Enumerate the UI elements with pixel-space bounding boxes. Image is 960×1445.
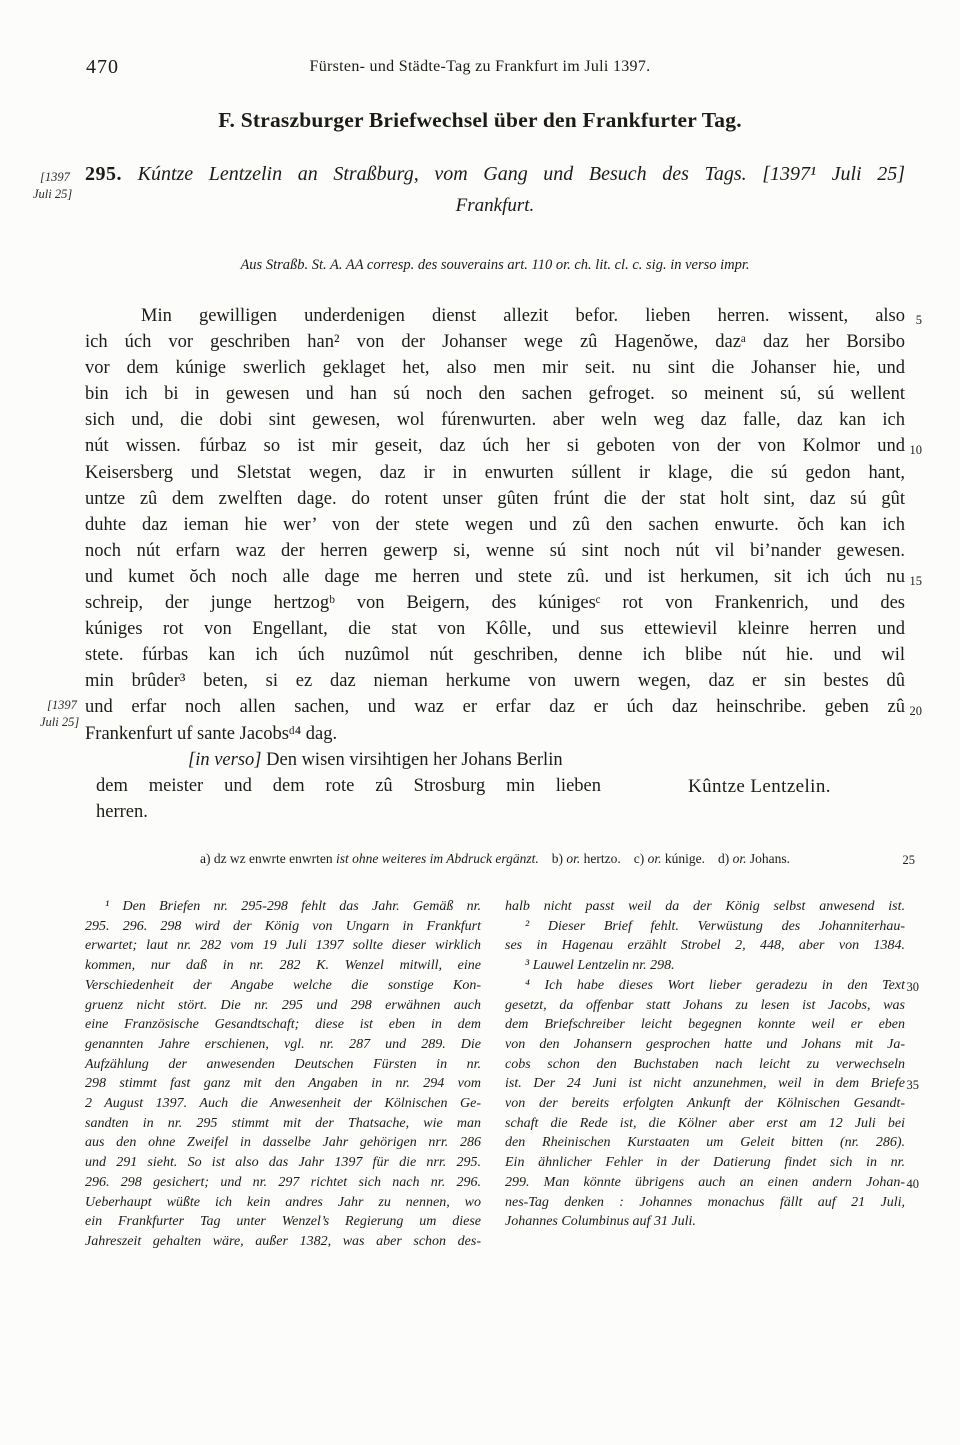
- footnote-line: schaft die Rede ist, die Kölner aber ers…: [505, 1114, 905, 1134]
- footnote-line: gesetzt, da offenbar statt Johans zu les…: [505, 996, 905, 1016]
- footnotes-section: ¹ Den Briefen nr. 295-298 fehlt das Jahr…: [85, 897, 905, 1252]
- footnote-line-text: ein Frankfurter Tag unter Wenzel’s Regie…: [85, 1214, 481, 1229]
- line-number: 20: [910, 698, 923, 724]
- footnote-line: ¹ Den Briefen nr. 295-298 fehlt das Jahr…: [85, 897, 481, 917]
- footnote-line: kommen, nur daß in nr. 282 K. Wenzel mit…: [85, 956, 481, 976]
- footnote-line: 2 August 1397. Auch die Anwesenheit der …: [85, 1094, 481, 1114]
- letter-line-text: stete. fúrbas kan ich úch nuzûmol nút ge…: [85, 645, 905, 665]
- footnote-line-text: aus den ohne Zweifel in dasselbe Jahr ge…: [85, 1135, 481, 1150]
- footnote-line-text: eine Französische Gesandtschaft; diese i…: [85, 1017, 481, 1032]
- letter-line-text: noch nút erfarn waz der herren gewerp si…: [85, 541, 905, 561]
- letter-line: ich úch vor geschriben han² von der Joha…: [85, 329, 905, 355]
- sender-signature: Kûntze Lentzelin.: [688, 774, 831, 800]
- footnote-line-text: von der bereits erfolgten Ankunft der Kö…: [505, 1096, 905, 1111]
- letter-line-text: untze zû dem zwelften dage. do rotent un…: [85, 489, 905, 509]
- footnote-line: Johannes Columbinus auf 31 Juli.: [505, 1212, 905, 1232]
- margin-date-line: [1397: [33, 169, 72, 186]
- footnote-line-text: 295. 296. 298 wird der König von Ungarn …: [85, 919, 481, 934]
- footnote-line-text: 2 August 1397. Auch die Anwesenheit der …: [85, 1096, 481, 1111]
- letter-line-text: min brûder³ beten, si ez daz nieman herk…: [85, 671, 905, 691]
- footnote-line: ist. Der 24 Juni ist nicht anzunehmen, w…: [505, 1074, 905, 1094]
- letter-line-text: bin ich bi in gewesen und han sú noch de…: [85, 384, 905, 404]
- footnote-line-text: nes-Tag denken : Johannes monachus fällt…: [505, 1195, 905, 1210]
- apparatus-segment: a) dz wz enwrte enwrten: [200, 851, 336, 866]
- footnotes-left-column: ¹ Den Briefen nr. 295-298 fehlt das Jahr…: [85, 897, 481, 1252]
- letter-line-text: Keisersberg und Sletstat wegen, daz ir i…: [85, 463, 905, 483]
- footnote-line: halb nicht passt weil da der König selbs…: [505, 897, 905, 917]
- line-number: 30: [907, 978, 920, 998]
- line-number: 35: [907, 1076, 920, 1096]
- letter-line-text: sich und, die dobi sint gewesen, wol fúr…: [85, 410, 905, 430]
- footnote-line: Ueberhaupt wüßte ich kein andres Jahr zu…: [85, 1193, 481, 1213]
- footnote-line-text: und 291 sieht. So ist also das Jahr 1397…: [85, 1155, 481, 1170]
- letter-line: schreip, der junge hertzogᵇ von Beigern,…: [85, 590, 905, 616]
- footnote-line-text: ³ Lauwel Lentzelin nr. 298.: [525, 958, 675, 973]
- letter-line-text: duhte daz ieman hie wer’ von der stete w…: [85, 515, 905, 535]
- letter-line: und erfar noch allen sachen, und waz er …: [85, 694, 905, 720]
- footnote-line: gruenz nicht stört. Die nr. 295 und 298 …: [85, 996, 481, 1016]
- entry-place: Frankfurt.: [85, 195, 905, 217]
- letter-line: nút wissen. fúrbaz so ist mir geseit, da…: [85, 433, 905, 459]
- footnote-line: ³ Lauwel Lentzelin nr. 298.: [505, 956, 905, 976]
- address-line: herren.: [96, 799, 601, 825]
- footnote-line: nes-Tag denken : Johannes monachus fällt…: [505, 1193, 905, 1213]
- letter-line-text: nút wissen. fúrbaz so ist mir geseit, da…: [85, 436, 905, 456]
- footnote-line-text: 296. 298 gesichert; und nr. 297 richtet …: [85, 1175, 481, 1190]
- letter-line: sich und, die dobi sint gewesen, wol fúr…: [85, 407, 905, 433]
- book-page: 470 Fürsten- und Städte-Tag zu Frankfurt…: [0, 0, 960, 1445]
- footnote-line: ⁴ Ich habe dieses Wort lieber geradezu i…: [505, 976, 905, 996]
- footnote-line-text: 298 stimmt fast ganz mit den Angaben in …: [85, 1076, 481, 1091]
- letter-line: vor dem kúnige swerlich geklaget het, al…: [85, 355, 905, 381]
- footnote-line-text: cobs schon den Buchstaben nach leicht zu…: [505, 1057, 905, 1072]
- footnote-line-text: von den Johansern gesprochen hatte und J…: [505, 1037, 905, 1052]
- section-title: F. Straszburger Briefwechsel über den Fr…: [0, 108, 960, 133]
- footnote-line-text: genannten Jahre erschienen, vgl. nr. 287…: [85, 1037, 481, 1052]
- footnote-line: eine Französische Gesandtschaft; diese i…: [85, 1015, 481, 1035]
- letter-margin-date-note: [1397 Juli 25]: [40, 697, 79, 731]
- footnote-line: cobs schon den Buchstaben nach leicht zu…: [505, 1055, 905, 1075]
- running-title: Fürsten- und Städte-Tag zu Frankfurt im …: [0, 58, 960, 76]
- line-number: 25: [903, 853, 916, 868]
- footnote-line-text: gesetzt, da offenbar statt Johans zu les…: [505, 998, 905, 1013]
- letter-line-text: ich úch vor geschriben han² von der Joha…: [85, 332, 905, 352]
- footnote-line: Aufzählung der anwesenden Deutschen Fürs…: [85, 1055, 481, 1075]
- letter-line-text: kúniges rot von Engellant, die stat von …: [85, 619, 905, 639]
- address-line: [in verso] Den wisen virsihtigen her Joh…: [96, 747, 601, 773]
- letter-line-text: vor dem kúnige swerlich geklaget het, al…: [85, 358, 905, 378]
- footnote-line-text: 299. Man könnte übrigens auch an einen a…: [505, 1175, 905, 1190]
- line-number: 10: [910, 437, 923, 463]
- entry-heading: 295. Kúntze Lentzelin an Straßburg, vom …: [85, 163, 905, 186]
- running-head: 470 Fürsten- und Städte-Tag zu Frankfurt…: [0, 56, 960, 82]
- entry-number: 295.: [85, 163, 122, 185]
- footnote-line-text: sandten in nr. 295 stimmt mit der Thatsa…: [85, 1116, 481, 1131]
- margin-date-line: [1397: [40, 697, 79, 714]
- apparatus-segment: b): [552, 851, 567, 866]
- footnote-line-text: ses in Hagenau erzählt Strobel 2, 448, a…: [505, 938, 905, 953]
- entry-title: Kúntze Lentzelin an Straßburg, vom Gang …: [138, 163, 747, 185]
- footnote-line-text: dem Briefschreiber leicht begegnen konnt…: [505, 1017, 905, 1032]
- footnote-line: von der bereits erfolgten Ankunft der Kö…: [505, 1094, 905, 1114]
- footnote-line-text: Verschiedenheit der Angabe welche die so…: [85, 978, 481, 993]
- footnote-line: dem Briefschreiber leicht begegnen konnt…: [505, 1015, 905, 1035]
- letter-line: kúniges rot von Engellant, die stat von …: [85, 616, 905, 642]
- letter-line-text: Min gewilligen underdenigen dienst allez…: [141, 306, 905, 326]
- letter-line-text: schreip, der junge hertzogᵇ von Beigern,…: [85, 593, 905, 613]
- letter-line: untze zû dem zwelften dage. do rotent un…: [85, 486, 905, 512]
- apparatus-segment: Johans.: [747, 851, 791, 866]
- footnote-line: genannten Jahre erschienen, vgl. nr. 287…: [85, 1035, 481, 1055]
- footnote-line-text: Johannes Columbinus auf 31 Juli.: [505, 1214, 696, 1229]
- letter-line: noch nút erfarn waz der herren gewerp si…: [85, 538, 905, 564]
- entry-heading-block: 295. Kúntze Lentzelin an Straßburg, vom …: [85, 163, 905, 217]
- apparatus-segment: hertzo.: [580, 851, 620, 866]
- address-block: [in verso] Den wisen virsihtigen her Joh…: [96, 747, 601, 825]
- apparatus-segment: d): [718, 851, 733, 866]
- footnote-line: und 291 sieht. So ist also das Jahr 1397…: [85, 1153, 481, 1173]
- apparatus-segment: or.: [566, 851, 580, 866]
- apparatus-segment: or.: [648, 851, 662, 866]
- footnote-line-text: Ueberhaupt wüßte ich kein andres Jahr zu…: [85, 1195, 481, 1210]
- apparatus-segment: kúnige.: [662, 851, 706, 866]
- footnote-line: 296. 298 gesichert; und nr. 297 richtet …: [85, 1173, 481, 1193]
- footnote-line: ein Frankfurter Tag unter Wenzel’s Regie…: [85, 1212, 481, 1232]
- footnotes-right-column: halb nicht passt weil da der König selbs…: [505, 897, 905, 1252]
- footnote-line-text: ⁴ Ich habe dieses Wort lieber geradezu i…: [525, 978, 905, 993]
- margin-date-line: Juli 25]: [33, 186, 72, 203]
- footnote-line-text: halb nicht passt weil da der König selbs…: [505, 899, 905, 914]
- footnote-line-text: den Rheinischen Kurstaaten um Geleit bit…: [505, 1135, 905, 1150]
- letter-line: duhte daz ieman hie wer’ von der stete w…: [85, 512, 905, 538]
- footnote-line: 298 stimmt fast ganz mit den Angaben in …: [85, 1074, 481, 1094]
- letter-line-text: und kumet ŏch noch alle dage me herren u…: [85, 567, 905, 587]
- line-number: 40: [907, 1175, 920, 1195]
- letter-line: stete. fúrbas kan ich úch nuzûmol nút ge…: [85, 642, 905, 668]
- entry-margin-date-note: [1397 Juli 25]: [33, 169, 72, 203]
- footnote-line-text: erwartet; laut nr. 282 vom 19 Juli 1397 …: [85, 938, 481, 953]
- letter-line: Keisersberg und Sletstat wegen, daz ir i…: [85, 460, 905, 486]
- footnote-line: aus den ohne Zweifel in dasselbe Jahr ge…: [85, 1133, 481, 1153]
- letter-line: Frankenfurt uf sante Jacobsᵈ⁴ dag.: [85, 721, 905, 747]
- in-verso-label: [in verso]: [188, 750, 266, 770]
- line-number: 5: [916, 307, 922, 333]
- footnote-line: den Rheinischen Kurstaaten um Geleit bit…: [505, 1133, 905, 1153]
- letter-line: bin ich bi in gewesen und han sú noch de…: [85, 381, 905, 407]
- footnote-line-text: schaft die Rede ist, die Kölner aber ers…: [505, 1116, 905, 1131]
- margin-date-line: Juli 25]: [40, 714, 79, 731]
- footnote-line-text: ² Dieser Brief fehlt. Verwüstung des Joh…: [525, 919, 905, 934]
- letter-line: Min gewilligen underdenigen dienst allez…: [85, 303, 905, 329]
- footnote-line: Jahreszeit gehalten wäre, außer 1382, wa…: [85, 1232, 481, 1252]
- footnote-line: sandten in nr. 295 stimmt mit der Thatsa…: [85, 1114, 481, 1134]
- address-line-text: Den wisen virsihtigen her Johans Berlin: [266, 750, 562, 770]
- footnote-line-text: Ein ähnlicher Fehler in der Datierung fi…: [505, 1155, 905, 1170]
- footnote-line: ² Dieser Brief fehlt. Verwüstung des Joh…: [505, 917, 905, 937]
- apparatus-segment: ist ohne weiteres im Abdruck ergänzt.: [336, 851, 539, 866]
- letter-line-text: und erfar noch allen sachen, und waz er …: [85, 697, 905, 717]
- footnote-line-text: ¹ Den Briefen nr. 295-298 fehlt das Jahr…: [105, 899, 481, 914]
- letter-line-text: Frankenfurt uf sante Jacobsᵈ⁴ dag.: [85, 724, 337, 744]
- footnote-line-text: kommen, nur daß in nr. 282 K. Wenzel mit…: [85, 958, 481, 973]
- footnote-line-text: ist. Der 24 Juni ist nicht anzunehmen, w…: [505, 1076, 905, 1091]
- apparatus-line: a) dz wz enwrte enwrten ist ohne weitere…: [85, 851, 905, 867]
- footnote-line: erwartet; laut nr. 282 vom 19 Juli 1397 …: [85, 936, 481, 956]
- footnote-line: 295. 296. 298 wird der König von Ungarn …: [85, 917, 481, 937]
- letter-body: Min gewilligen underdenigen dienst allez…: [85, 303, 905, 825]
- footnote-line-text: Jahreszeit gehalten wäre, außer 1382, wa…: [85, 1234, 481, 1249]
- footnote-line-text: Aufzählung der anwesenden Deutschen Fürs…: [85, 1057, 481, 1072]
- apparatus-segment: c): [634, 851, 648, 866]
- source-citation: Aus Straßb. St. A. AA corresp. des souve…: [85, 257, 905, 274]
- footnote-line: Ein ähnlicher Fehler in der Datierung fi…: [505, 1153, 905, 1173]
- letter-line: und kumet ŏch noch alle dage me herren u…: [85, 564, 905, 590]
- line-number: 15: [910, 568, 923, 594]
- footnote-line: 299. Man könnte übrigens auch an einen a…: [505, 1173, 905, 1193]
- letter-lines: Min gewilligen underdenigen dienst allez…: [85, 303, 905, 747]
- footnote-line: ses in Hagenau erzählt Strobel 2, 448, a…: [505, 936, 905, 956]
- entry-date: [1397¹ Juli 25]: [762, 163, 905, 185]
- apparatus-segment: or.: [733, 851, 747, 866]
- footnote-line-text: gruenz nicht stört. Die nr. 295 und 298 …: [85, 998, 481, 1013]
- address-line: dem meister und dem rote zû Strosburg mi…: [96, 773, 601, 799]
- letter-line: min brûder³ beten, si ez daz nieman herk…: [85, 668, 905, 694]
- footnote-line: von den Johansern gesprochen hatte und J…: [505, 1035, 905, 1055]
- footnote-line: Verschiedenheit der Angabe welche die so…: [85, 976, 481, 996]
